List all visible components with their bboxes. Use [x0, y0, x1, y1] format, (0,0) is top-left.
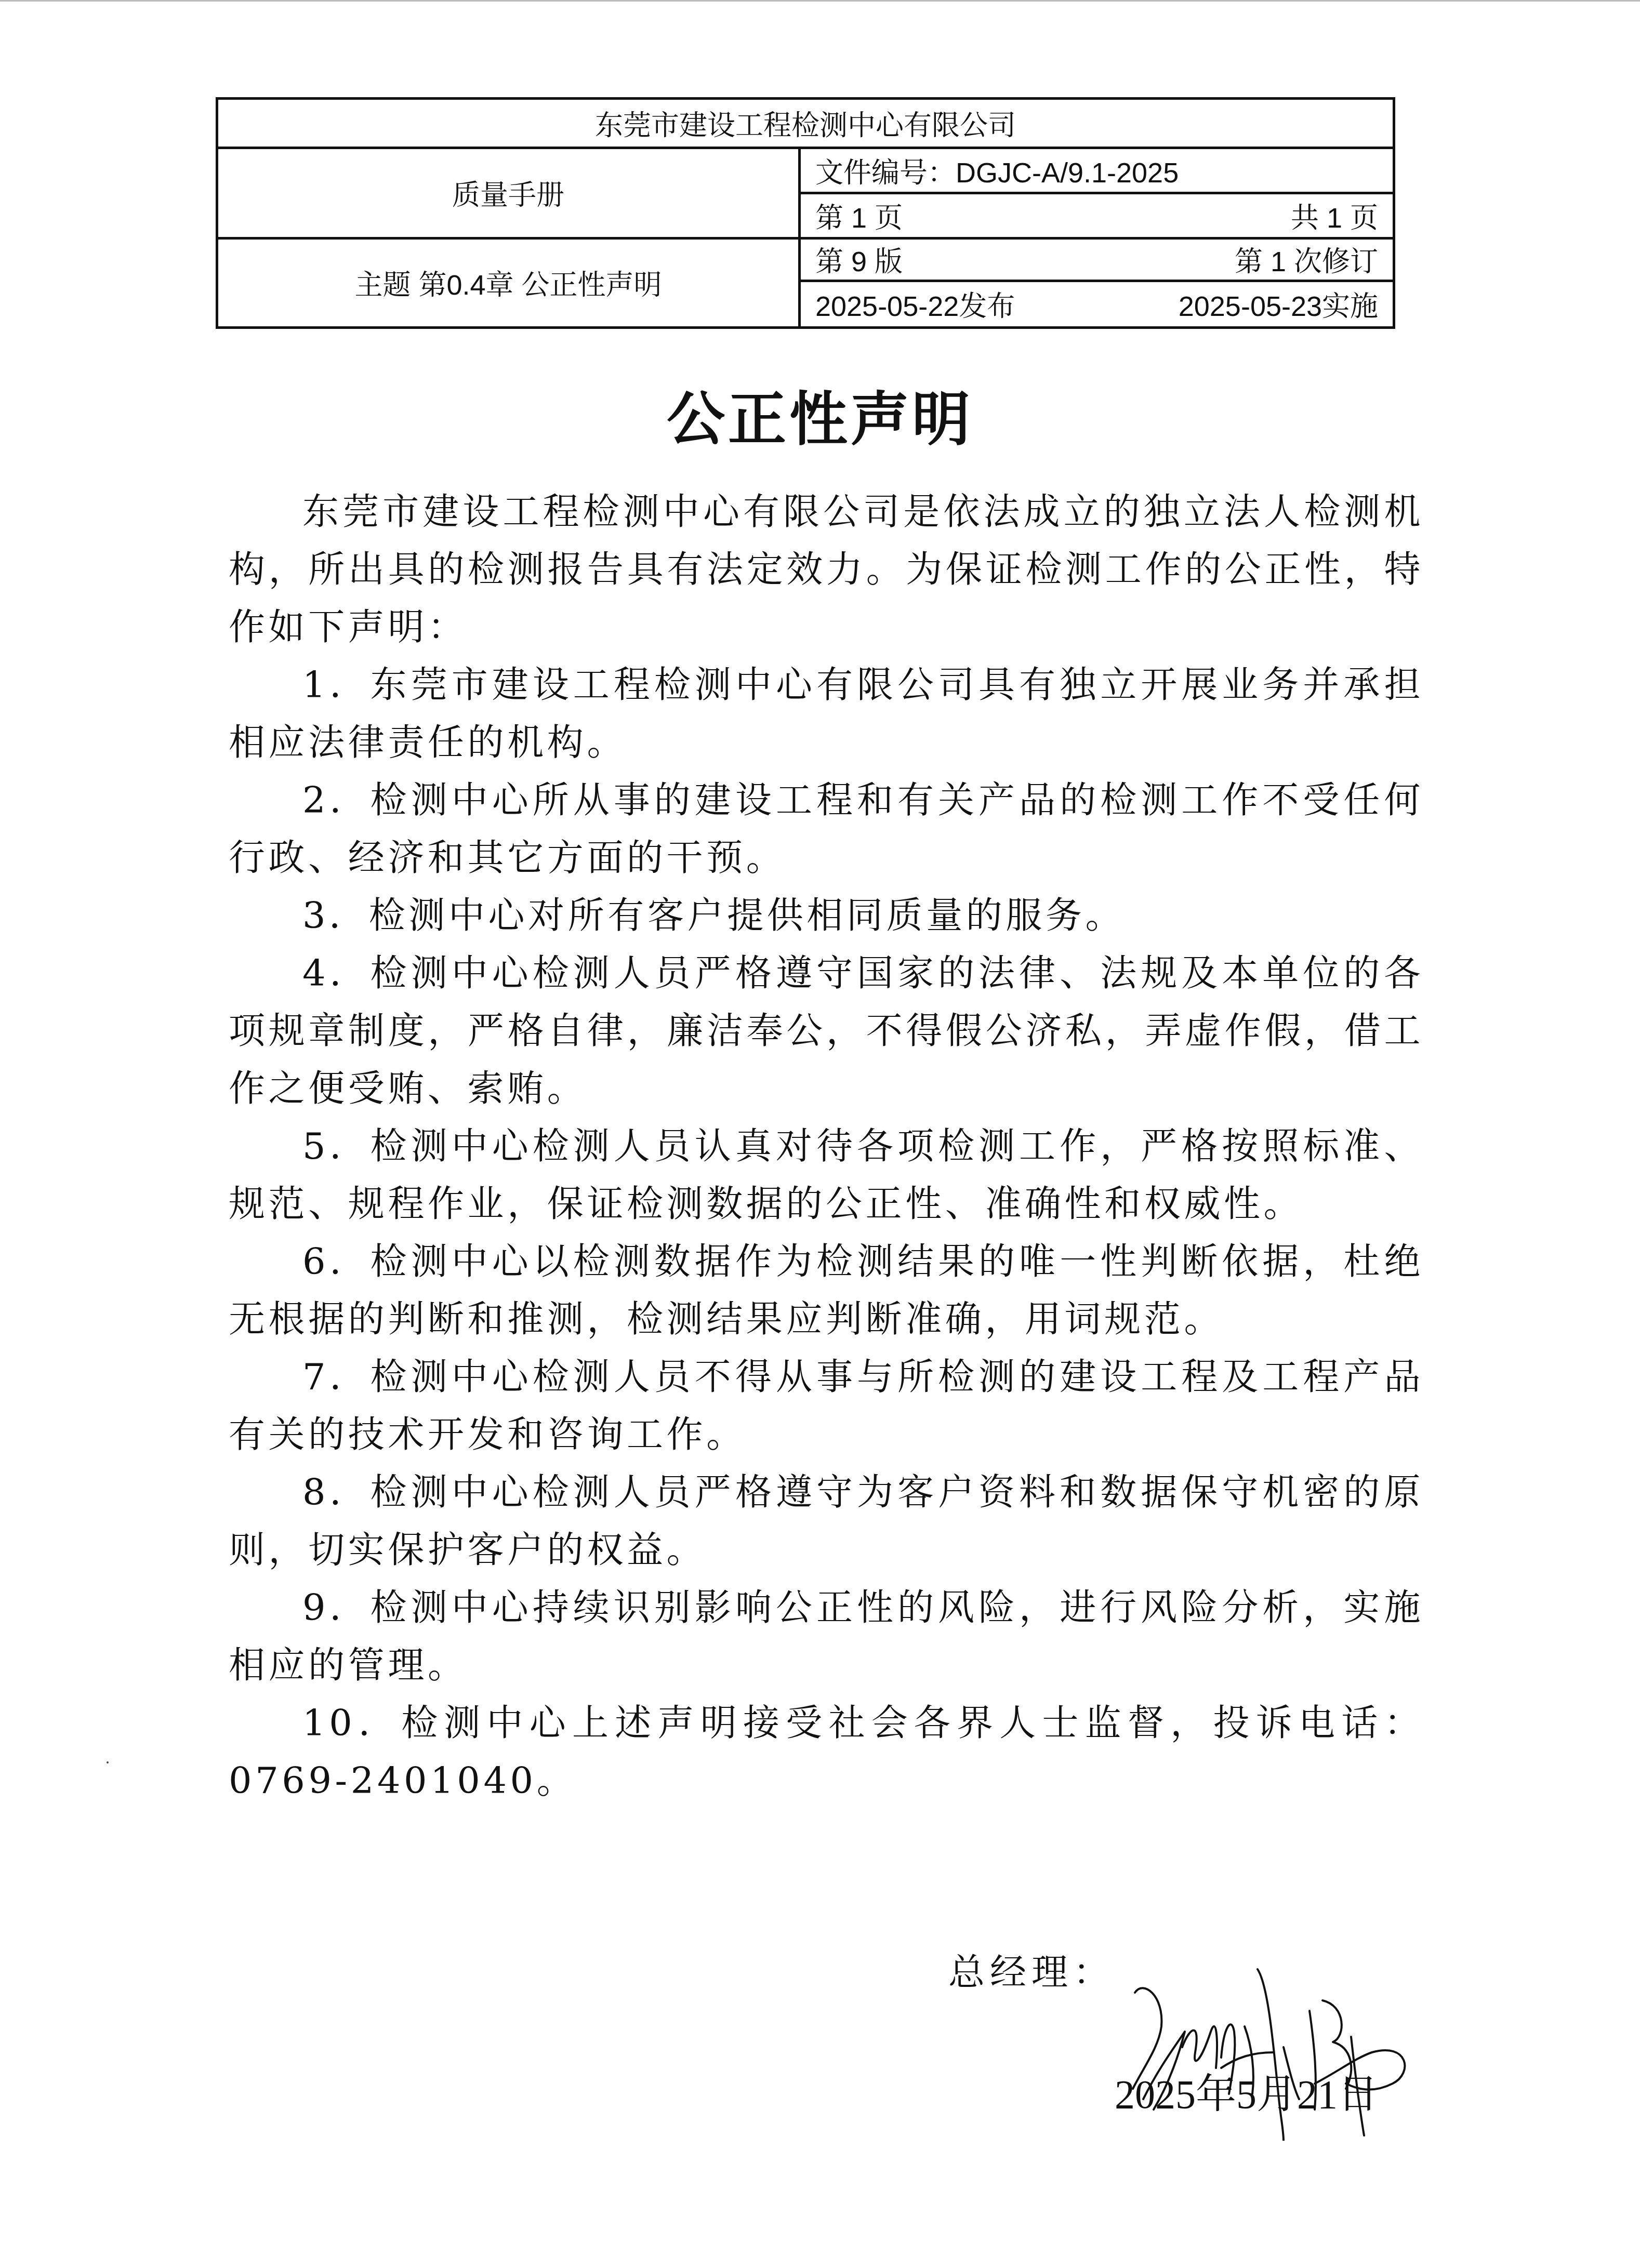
clause-8: 8．检测中心检测人员严格遵守为客户资料和数据保守机密的原则，切实保护客户的权益。 — [229, 1464, 1424, 1579]
issued-date: 2025-05-22发布 — [815, 284, 1015, 324]
page-info: 第 1 页 共 1 页 — [800, 193, 1394, 238]
clause-6: 6．检测中心以检测数据作为检测结果的唯一性判断依据，杜绝无根据的判断和推测，检测… — [229, 1233, 1424, 1348]
clause-3: 3．检测中心对所有客户提供相同质量的服务。 — [229, 887, 1424, 945]
document-page: 东莞市建设工程检测中心有限公司 质量手册 文件编号：DGJC-A/9.1-202… — [0, 0, 1640, 2268]
manual-title: 质量手册 — [217, 148, 800, 238]
scan-speck — [107, 1761, 109, 1763]
clause-5: 5．检测中心检测人员认真对待各项检测工作，严格按照标准、规范、规程作业，保证检测… — [229, 1118, 1424, 1233]
clause-9: 9．检测中心持续识别影响公正性的风险，进行风险分析，实施相应的管理。 — [229, 1579, 1424, 1694]
page-title: 公正性声明 — [0, 373, 1640, 457]
clause-7: 7．检测中心检测人员不得从事与所检测的建设工程及工程产品有关的技术开发和咨询工作… — [229, 1348, 1424, 1464]
revision: 第 1 次修订 — [1235, 240, 1378, 280]
clause-10: 10．检测中心上述声明接受社会各界人士监督，投诉电话：0769-2401040。 — [229, 1694, 1424, 1810]
document-header-table: 东莞市建设工程检测中心有限公司 质量手册 文件编号：DGJC-A/9.1-202… — [216, 97, 1395, 329]
signoff-date: 2025年5月21日 — [1115, 2062, 1378, 2120]
page-current: 第 1 页 — [815, 196, 903, 236]
edition-info: 第 9 版 第 1 次修订 — [800, 238, 1394, 281]
intro-paragraph: 东莞市建设工程检测中心有限公司是依法成立的独立法人检测机构，所出具的检测报告具有… — [229, 483, 1424, 656]
doc-number: 文件编号：DGJC-A/9.1-2025 — [800, 148, 1394, 193]
clause-2: 2．检测中心所从事的建设工程和有关产品的检测工作不受任何行政、经济和其它方面的干… — [229, 772, 1424, 887]
clause-4: 4．检测中心检测人员严格遵守国家的法律、法规及本单位的各项规章制度，严格自律，廉… — [229, 945, 1424, 1118]
signoff-label: 总经理： — [948, 1943, 1115, 1996]
edition: 第 9 版 — [815, 240, 903, 280]
effective-date: 2025-05-23实施 — [1179, 284, 1378, 324]
page-total: 共 1 页 — [1291, 196, 1378, 236]
subject: 主题 第0.4章 公正性声明 — [217, 238, 800, 328]
scan-top-edge — [0, 0, 1640, 2]
clause-1: 1．东莞市建设工程检测中心有限公司具有独立开展业务并承担相应法律责任的机构。 — [229, 656, 1424, 772]
declaration-body: 东莞市建设工程检测中心有限公司是依法成立的独立法人检测机构，所出具的检测报告具有… — [229, 483, 1424, 1810]
company-name: 东莞市建设工程检测中心有限公司 — [217, 99, 1394, 148]
date-info: 2025-05-22发布 2025-05-23实施 — [800, 281, 1394, 328]
